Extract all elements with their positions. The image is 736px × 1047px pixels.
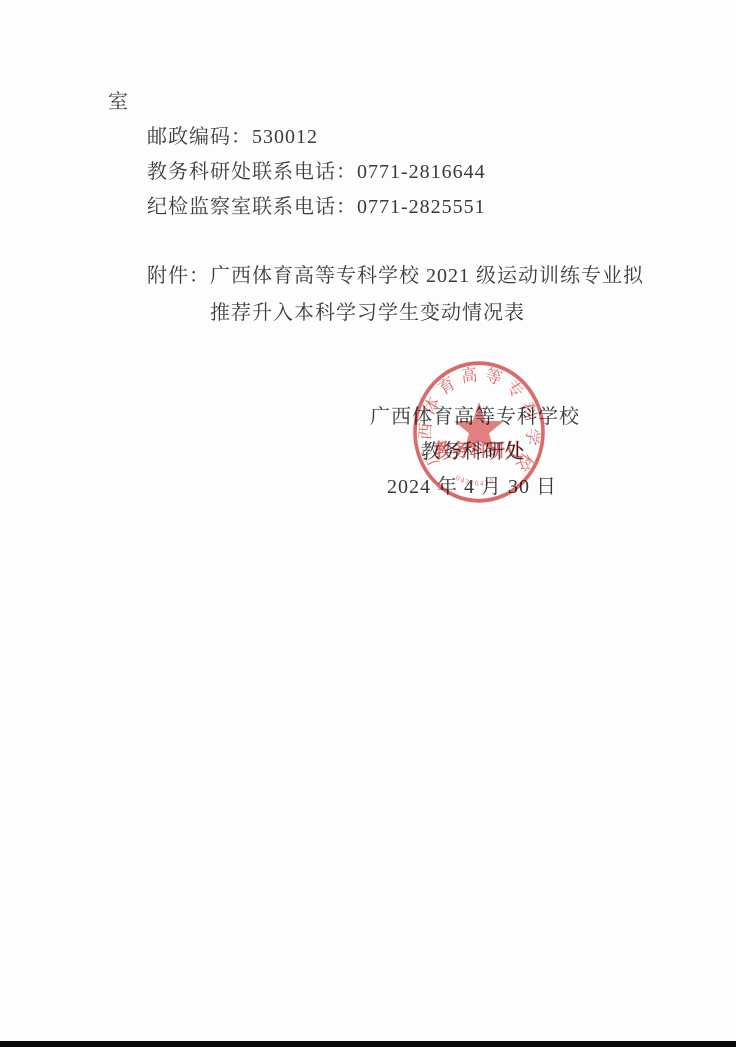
attachment-line-1: 附件：广西体育高等专科学校 2021 级运动训练专业拟 (147, 265, 644, 288)
scan-edge-bar (0, 1041, 736, 1047)
postal-code-line: 邮政编码：530012 (147, 126, 318, 149)
signature-date: 2024 年 4 月 30 日 (387, 476, 557, 499)
signature-department: 教务科研处 (421, 441, 526, 464)
attachment-line-2: 推荐升入本科学习学生变动情况表 (210, 302, 525, 325)
office-phone-line: 教务科研处联系电话：0771-2816644 (147, 161, 486, 184)
carryover-text: 室 (108, 91, 129, 114)
document-page: 室 邮政编码：530012 教务科研处联系电话：0771-2816644 纪检监… (0, 0, 736, 1047)
signature-organization: 广西体育高等专科学校 (370, 406, 580, 429)
inspection-phone-line: 纪检监察室联系电话：0771-2825551 (147, 196, 486, 219)
